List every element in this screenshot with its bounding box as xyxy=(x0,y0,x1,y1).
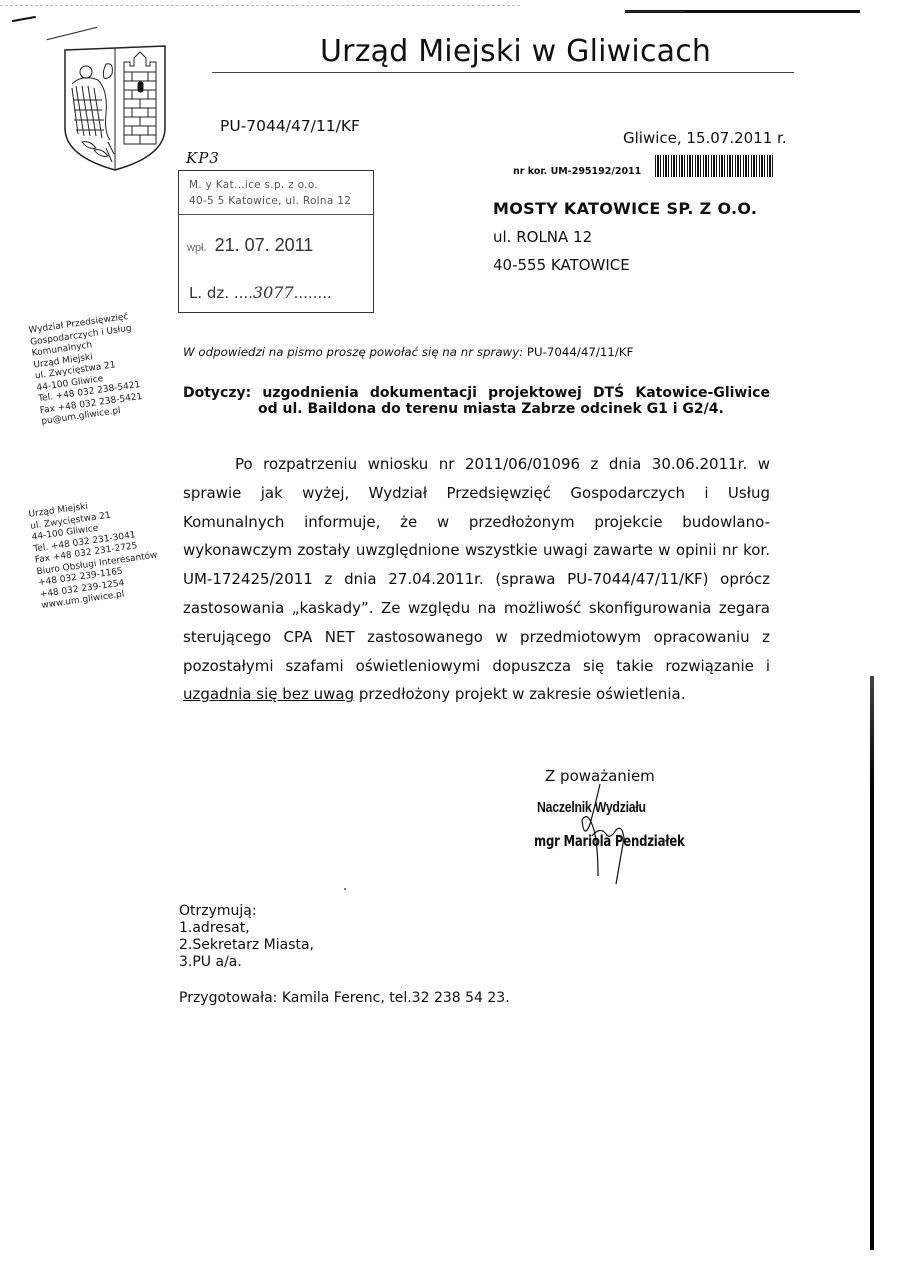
subject-label: Dotyczy: xyxy=(183,385,251,401)
body-paragraph: Po rozpatrzeniu wniosku nr 2011/06/01096… xyxy=(183,450,770,709)
scan-right-edge-bar xyxy=(870,676,874,1250)
addressee-street: ul. ROLNA 12 xyxy=(493,228,757,246)
place-and-date: Gliwice, 15.07.2011 r. xyxy=(623,129,787,147)
subject-block: Dotyczy: uzgodnienia dokumentacji projek… xyxy=(183,385,770,417)
stamp-date-value: 21. 07. 2011 xyxy=(215,235,314,255)
recipient-item: 2.Sekretarz Miasta, xyxy=(179,937,314,954)
stamp-received-label: wpł. xyxy=(187,242,207,254)
scan-mark xyxy=(47,27,98,41)
body-text: przedłożony projekt w zakresie oświetlen… xyxy=(359,685,686,703)
body-text: Po rozpatrzeniu wniosku nr 2011/06/01096… xyxy=(183,455,770,675)
recipient-item: 1.adresat, xyxy=(179,920,314,937)
barcode-icon xyxy=(655,155,773,177)
reference-case-number: PU-7044/47/11/KF xyxy=(527,345,634,359)
gliwice-coat-of-arms-icon xyxy=(62,44,168,172)
stamp-log-dots: ........ xyxy=(294,284,332,302)
scan-speck xyxy=(344,888,346,890)
body-underlined-text: uzgadnia się bez uwag xyxy=(183,685,354,703)
stamp-company-line1: M. y Kat...ice s.p. z o.o. xyxy=(189,177,373,193)
letter-body: Po rozpatrzeniu wniosku nr 2011/06/01096… xyxy=(183,450,770,709)
prepared-by: Przygotowała: Kamila Ferenc, tel.32 238 … xyxy=(179,990,510,1006)
subject-word: uzgodnienia xyxy=(262,385,358,401)
reference-line: W odpowiedzi na pismo proszę powołać się… xyxy=(183,345,633,359)
scan-top-right-bar xyxy=(625,10,860,13)
handwritten-signature-icon xyxy=(560,780,680,890)
subject-word: Katowice-Gliwice xyxy=(635,385,770,401)
scan-mark xyxy=(12,16,36,22)
office-contact-block: Urząd Miejski ul. Zwycięstwa 21 44-100 G… xyxy=(28,493,163,612)
recipient-item: 3.PU a/a. xyxy=(179,954,314,971)
case-number: PU-7044/47/11/KF xyxy=(220,117,360,135)
scan-top-edge xyxy=(0,5,520,6)
stamp-log-value: 3077 xyxy=(253,283,294,302)
correspondence-number: nr kor. UM-295192/2011 xyxy=(513,166,641,177)
recipients-list: Otrzymują: 1.adresat, 2.Sekretarz Miasta… xyxy=(179,903,314,971)
reference-text: W odpowiedzi na pismo proszę powołać się… xyxy=(183,345,523,359)
addressee-block: MOSTY KATOWICE SP. Z O.O. ul. ROLNA 12 4… xyxy=(493,199,757,284)
subject-word: projektowej xyxy=(488,385,582,401)
addressee-name: MOSTY KATOWICE SP. Z O.O. xyxy=(493,199,757,218)
subject-line2: od ul. Baildona do terenu miasta Zabrze … xyxy=(183,401,770,417)
stamp-received-date: wpł.21. 07. 2011 xyxy=(187,235,313,256)
stamp-log-number: L. dz. ....3077........ xyxy=(189,283,332,302)
stamp-log-label: L. dz. .... xyxy=(189,284,253,302)
received-stamp: M. y Kat...ice s.p. z o.o. 40-5 5 Katowi… xyxy=(178,170,374,313)
stamp-company: M. y Kat...ice s.p. z o.o. 40-5 5 Katowi… xyxy=(179,171,373,215)
department-contact-block: Wydział Przedsięwzięć Gospodarczych i Us… xyxy=(28,312,145,429)
subject-word: dokumentacji xyxy=(370,385,477,401)
addressee-city: 40-555 KATOWICE xyxy=(493,256,757,274)
recipients-heading: Otrzymują: xyxy=(179,903,314,920)
header-rule xyxy=(212,72,794,73)
handwritten-note: KP3 xyxy=(186,149,220,167)
subject-word: DTŚ xyxy=(593,385,624,401)
office-title: Urząd Miejski w Gliwicach xyxy=(320,34,711,69)
stamp-company-line2: 40-5 5 Katowice, ul. Rolna 12 xyxy=(189,193,373,209)
